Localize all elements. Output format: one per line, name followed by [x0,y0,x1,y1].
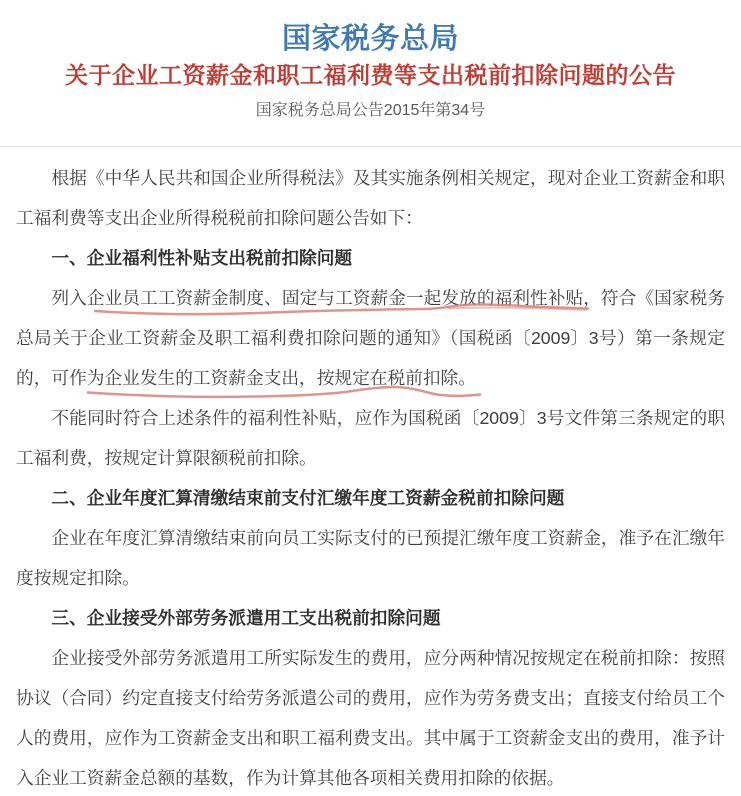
document-number: 国家税务总局公告2015年第34号 [0,102,741,120]
section-1-paragraph-1: 列入企业员工工资薪金制度、固定与工资薪金一起发放的福利性补贴，符合《国家税务总局… [16,278,725,398]
section-3-heading: 三、企业接受外部劳务派遣用工支出税前扣除问题 [16,598,725,638]
announcement-title: 关于企业工资薪金和职工福利费等支出税前扣除问题的公告 [0,60,741,90]
section-2-heading: 二、企业年度汇算清缴结束前支付汇缴年度工资薪金税前扣除问题 [16,478,725,518]
document-body: 根据《中华人民共和国企业所得税法》及其实施条例相关规定，现对企业工资薪金和职工福… [0,147,741,796]
section-1-heading: 一、企业福利性补贴支出税前扣除问题 [16,238,725,278]
agency-title: 国家税务总局 [0,23,741,55]
section-3-paragraph: 企业接受外部劳务派遣用工所实际发生的费用，应分两种情况按规定在税前扣除：按照协议… [16,638,725,796]
paragraph-intro: 根据《中华人民共和国企业所得税法》及其实施条例相关规定，现对企业工资薪金和职工福… [16,158,725,238]
section-1-paragraph-2: 不能同时符合上述条件的福利性补贴，应作为国税函〔2009〕3号文件第三条规定的职… [16,398,725,478]
document-page: 国家税务总局 关于企业工资薪金和职工福利费等支出税前扣除问题的公告 国家税务总局… [0,0,741,796]
section-2-paragraph: 企业在年度汇算清缴结束前向员工实际支付的已预提汇缴年度工资薪金，准予在汇缴年度按… [16,518,725,598]
document-header: 国家税务总局 关于企业工资薪金和职工福利费等支出税前扣除问题的公告 国家税务总局… [0,0,741,146]
